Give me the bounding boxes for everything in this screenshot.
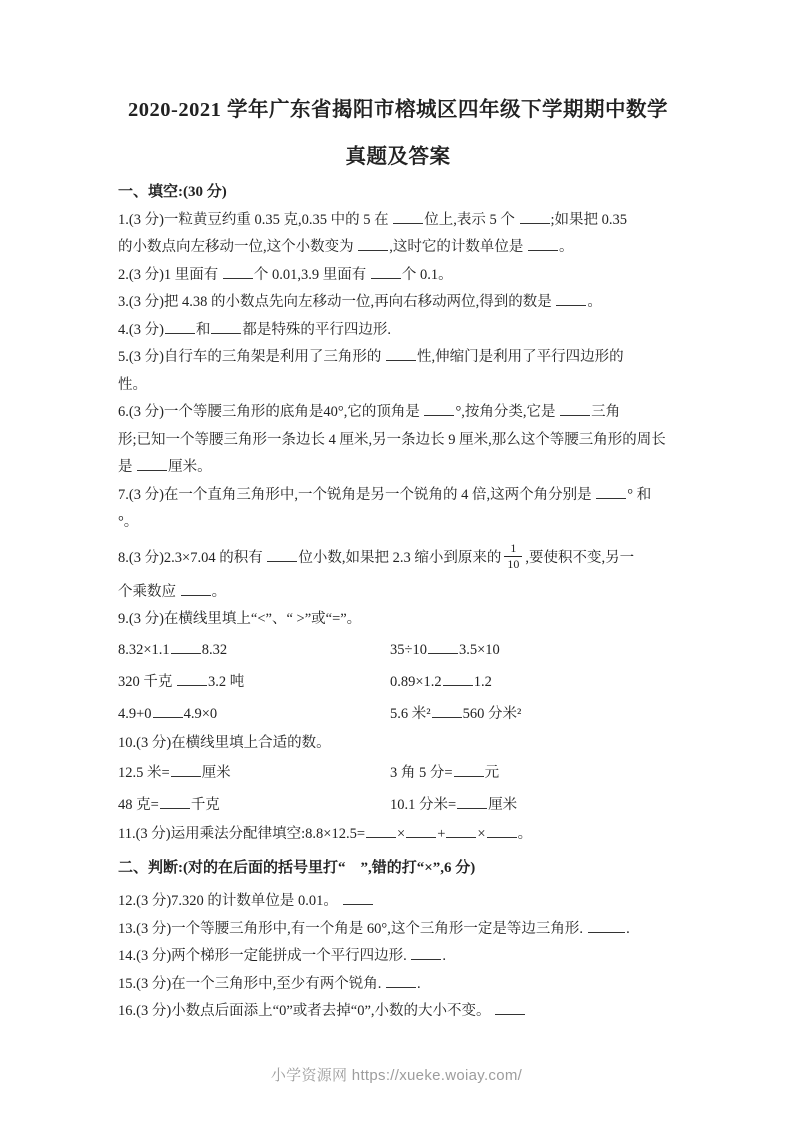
blank-underline xyxy=(171,762,201,777)
exam-page: 2020-2021 学年广东省揭阳市榕城区四年级下学期期中数学 真题及答案 一、… xyxy=(0,0,793,1122)
unit-convert-item: 12.5 米=厘米 xyxy=(118,757,390,789)
question-7-line-1: 7.(3 分)在一个直角三角形中,一个锐角是另一个锐角的 4 倍,这两个角分别是… xyxy=(118,482,678,510)
question-6-line-1: 6.(3 分)一个等腰三角形的底角是40°,它的顶角是 °,按角分类,它是 三角 xyxy=(118,399,678,427)
question-5-line-2: 性。 xyxy=(118,372,678,400)
blank-underline xyxy=(366,823,396,838)
blank-underline xyxy=(181,581,211,596)
page-title-line-2: 真题及答案 xyxy=(118,137,678,177)
question-10-row-1: 12.5 米=厘米 3 角 5 分=元 xyxy=(118,757,678,789)
blank-underline xyxy=(137,456,167,471)
blank-underline xyxy=(520,209,550,224)
blank-underline xyxy=(386,973,416,988)
fraction-one-tenth: 110 xyxy=(504,541,522,572)
compare-item: 0.89×1.21.2 xyxy=(390,666,492,698)
compare-item: 4.9+04.9×0 xyxy=(118,698,390,730)
compare-item: 5.6 米²560 分米² xyxy=(390,698,521,730)
question-6-line-3: 是 厘米。 xyxy=(118,454,678,482)
blank-underline xyxy=(177,671,207,686)
blank-underline xyxy=(358,236,388,251)
blank-underline xyxy=(428,639,458,654)
blank-underline xyxy=(556,291,586,306)
blank-underline xyxy=(386,346,416,361)
blank-underline xyxy=(457,794,487,809)
unit-convert-item: 10.1 分米=厘米 xyxy=(390,789,517,821)
question-8-line-2: 个乘数应 。 xyxy=(118,579,678,607)
unit-convert-item: 3 角 5 分=元 xyxy=(390,757,499,789)
question-16: 16.(3 分)小数点后面添上“0”或者去掉“0”,小数的大小不变。 xyxy=(118,998,678,1026)
compare-item: 320 千克 3.2 吨 xyxy=(118,666,390,698)
blank-underline xyxy=(454,762,484,777)
blank-underline xyxy=(393,209,423,224)
question-8-line-1: 8.(3 分)2.3×7.04 的积有 位小数,如果把 2.3 缩小到原来的11… xyxy=(118,537,678,579)
blank-underline xyxy=(211,319,241,334)
question-3: 3.(3 分)把 4.38 的小数点先向左移动一位,再向右移动两位,得到的数是 … xyxy=(118,289,678,317)
blank-underline xyxy=(424,401,454,416)
question-8-text-post: ,要使积不变,另一 xyxy=(525,550,634,566)
question-9-row-1: 8.32×1.18.32 35÷103.5×10 xyxy=(118,634,678,666)
question-13: 13.(3 分)一个等腰三角形中,有一个角是 60°,这个三角形一定是等边三角形… xyxy=(118,916,678,944)
blank-underline xyxy=(406,823,436,838)
site-footer: 小学资源网 https://xueke.woiay.com/ xyxy=(0,1064,793,1085)
question-12: 12.(3 分)7.320 的计数单位是 0.01。 xyxy=(118,888,678,916)
unit-convert-item: 48 克=千克 xyxy=(118,789,390,821)
question-10-row-2: 48 克=千克 10.1 分米=厘米 xyxy=(118,789,678,821)
compare-item: 8.32×1.18.32 xyxy=(118,634,390,666)
question-7-line-2: °。 xyxy=(118,509,678,537)
question-9-header: 9.(3 分)在横线里填上“<”、“ >”或“=”。 xyxy=(118,606,678,634)
question-9-row-2: 320 千克 3.2 吨 0.89×1.21.2 xyxy=(118,666,678,698)
blank-underline xyxy=(487,823,517,838)
blank-underline xyxy=(443,671,473,686)
blank-underline xyxy=(560,401,590,416)
page-content: 2020-2021 学年广东省揭阳市榕城区四年级下学期期中数学 真题及答案 一、… xyxy=(0,0,793,1026)
blank-underline xyxy=(160,794,190,809)
blank-underline xyxy=(153,703,183,718)
question-15: 15.(3 分)在一个三角形中,至少有两个锐角. . xyxy=(118,971,678,999)
page-title-line-1: 2020-2021 学年广东省揭阳市榕城区四年级下学期期中数学 xyxy=(118,90,678,130)
question-9-row-3: 4.9+04.9×0 5.6 米²560 分米² xyxy=(118,698,678,730)
compare-item: 35÷103.5×10 xyxy=(390,634,500,666)
section-2-header: 二、判断:(对的在后面的括号里打“ ”,错的打“×”,6 分) xyxy=(118,855,678,883)
question-5-line-1: 5.(3 分)自行车的三角架是利用了三角形的 性,伸缩门是利用了平行四边形的 xyxy=(118,344,678,372)
question-1-line-2: 的小数点向左移动一位,这个小数变为 ,这时它的计数单位是 。 xyxy=(118,234,678,262)
blank-underline xyxy=(495,1000,525,1015)
question-4: 4.(3 分)和都是特殊的平行四边形. xyxy=(118,317,678,345)
blank-underline xyxy=(343,890,373,905)
blank-underline xyxy=(371,264,401,279)
blank-underline xyxy=(165,319,195,334)
question-14: 14.(3 分)两个梯形一定能拼成一个平行四边形. . xyxy=(118,943,678,971)
blank-underline xyxy=(446,823,476,838)
section-1-header: 一、填空:(30 分) xyxy=(118,179,678,207)
exam-body: 一、填空:(30 分) 1.(3 分)一粒黄豆约重 0.35 克,0.35 中的… xyxy=(118,179,678,1026)
blank-underline xyxy=(267,547,297,562)
blank-underline xyxy=(528,236,558,251)
fraction-denominator: 10 xyxy=(504,557,522,572)
blank-underline xyxy=(596,484,626,499)
blank-underline xyxy=(588,918,626,933)
question-6-line-2: 形;已知一个等腰三角形一条边长 4 厘米,另一条边长 9 厘米,那么这个等腰三角… xyxy=(118,427,678,455)
blank-underline xyxy=(171,639,201,654)
question-10-header: 10.(3 分)在横线里填上合适的数。 xyxy=(118,730,678,758)
fraction-numerator: 1 xyxy=(504,541,522,557)
question-11: 11.(3 分)运用乘法分配律填空:8.8×12.5=×+×。 xyxy=(118,821,678,849)
question-8-text-pre: 8.(3 分)2.3×7.04 的积有 位小数,如果把 2.3 缩小到原来的 xyxy=(118,550,501,566)
blank-underline xyxy=(432,703,462,718)
question-2: 2.(3 分)1 里面有 个 0.01,3.9 里面有 个 0.1。 xyxy=(118,262,678,290)
blank-underline xyxy=(411,945,441,960)
blank-underline xyxy=(223,264,253,279)
question-1-line-1: 1.(3 分)一粒黄豆约重 0.35 克,0.35 中的 5 在 位上,表示 5… xyxy=(118,207,678,235)
